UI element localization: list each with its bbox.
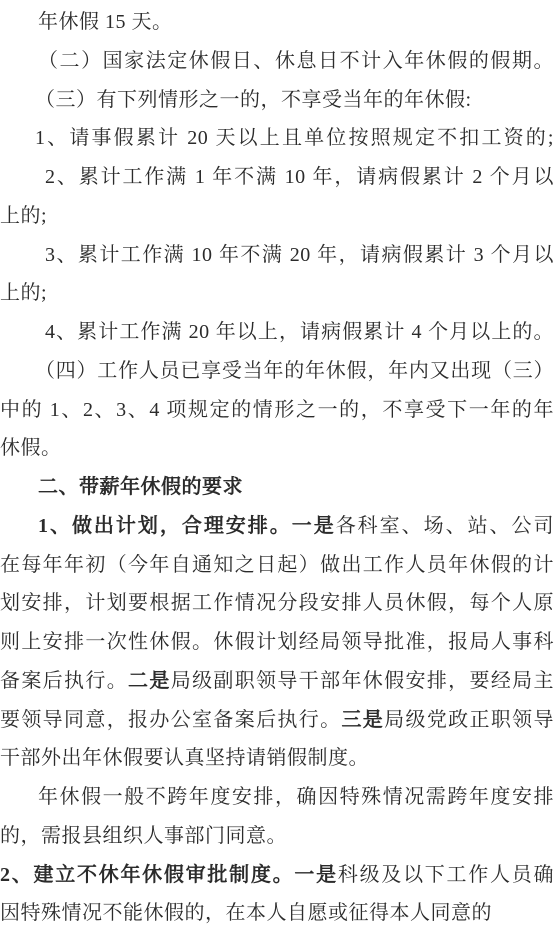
text-run: 局级党政正职领导 — [384, 709, 554, 731]
text-run: 中的 1、2、3、4 项规定的情形之一的，不享受下一年的年 — [0, 399, 554, 421]
text-line: 备案后执行。二是局级副职领导干部年休假安排，要经局主 — [0, 662, 554, 701]
text-line: （二）国家法定休假日、休息日不计入年休假的假期。 — [0, 42, 554, 81]
text-line: 上的; — [0, 274, 554, 313]
text-line: 年休假一般不跨年度安排，确因特殊情况需跨年度安排 — [0, 778, 554, 817]
text-run: 则上安排一次性休假。休假计划经局领导批准，报局人事科 — [0, 631, 554, 653]
text-run: 各科室、场、站、公司 — [336, 515, 554, 537]
text-run: 划安排，计划要根据工作情况分段安排人员休假，每个人原 — [0, 592, 554, 614]
text-run: 要领导同意，报办公室备案后执行。 — [0, 709, 341, 731]
text-line: 上的; — [0, 197, 554, 236]
text-line: 2、累计工作满 1 年不满 10 年，请病假累计 2 个月以 — [0, 158, 554, 197]
text-line: 2、建立不休年休假审批制度。一是科级及以下工作人员确 — [0, 856, 554, 895]
bold-text-run: 1、做出计划，合理安排。一是 — [38, 515, 336, 537]
text-line: 因特殊情况不能休假的，在本人自愿或征得本人同意的 — [0, 894, 554, 933]
text-line: 干部外出年休假要认真坚持请销假制度。 — [0, 739, 554, 778]
text-line: 年休假 15 天。 — [0, 3, 554, 42]
text-run: （二）国家法定休假日、休息日不计入年休假的假期。 — [38, 50, 554, 72]
text-line: （三）有下列情形之一的，不享受当年的年休假: — [0, 81, 554, 120]
bold-text-run: 二、带薪年休假的要求 — [38, 476, 243, 498]
text-line: 休假。 — [0, 429, 554, 468]
text-run: 4、累计工作满 20 年以上，请病假累计 4 个月以上的。 — [45, 321, 554, 343]
text-run: 2、累计工作满 1 年不满 10 年，请病假累计 2 个月以 — [45, 166, 554, 188]
bold-text-run: 二是 — [128, 670, 171, 692]
text-run: （三）有下列情形之一的，不享受当年的年休假: — [35, 89, 472, 111]
text-line: 1、请事假累计 20 天以上且单位按照规定不扣工资的; — [0, 119, 554, 158]
text-line: 1、做出计划，合理安排。一是各科室、场、站、公司 — [0, 507, 554, 546]
text-line: 的，需报县组织人事部门同意。 — [0, 817, 554, 856]
text-run: 备案后执行。 — [0, 670, 128, 692]
text-run: 在每年年初（今年自通知之日起）做出工作人员年休假的计 — [0, 554, 554, 576]
text-run: 1、请事假累计 20 天以上且单位按照规定不扣工资的; — [35, 127, 554, 149]
text-run: 局级副职领导干部年休假安排，要经局主 — [171, 670, 554, 692]
text-run: 休假。 — [0, 437, 62, 459]
document-body: 年休假 15 天。（二）国家法定休假日、休息日不计入年休假的假期。（三）有下列情… — [0, 3, 554, 933]
text-line: 3、累计工作满 10 年不满 20 年，请病假累计 3 个月以 — [0, 236, 554, 275]
text-line: （四）工作人员已享受当年的年休假，年内又出现（三） — [0, 352, 554, 391]
text-run: 年休假一般不跨年度安排，确因特殊情况需跨年度安排 — [38, 786, 554, 808]
text-line: 二、带薪年休假的要求 — [0, 468, 554, 507]
text-run: 上的; — [0, 205, 47, 227]
text-run: 的，需报县组织人事部门同意。 — [0, 825, 287, 847]
text-run: 3、累计工作满 10 年不满 20 年，请病假累计 3 个月以 — [45, 244, 554, 266]
document-page: 年休假 15 天。（二）国家法定休假日、休息日不计入年休假的假期。（三）有下列情… — [0, 0, 554, 934]
text-line: 要领导同意，报办公室备案后执行。三是局级党政正职领导 — [0, 701, 554, 740]
text-run: 上的; — [0, 282, 47, 304]
text-line: 划安排，计划要根据工作情况分段安排人员休假，每个人原 — [0, 584, 554, 623]
text-line: 则上安排一次性休假。休假计划经局领导批准，报局人事科 — [0, 623, 554, 662]
bold-text-run: 三是 — [341, 709, 384, 731]
text-line: 在每年年初（今年自通知之日起）做出工作人员年休假的计 — [0, 546, 554, 585]
text-run: 干部外出年休假要认真坚持请销假制度。 — [0, 747, 369, 769]
text-run: （四）工作人员已享受当年的年休假，年内又出现（三） — [35, 360, 554, 382]
text-run: 年休假 15 天。 — [38, 11, 173, 33]
bold-text-run: 2、建立不休年休假审批制度。一是 — [0, 864, 338, 886]
text-run: 因特殊情况不能休假的，在本人自愿或征得本人同意的 — [0, 902, 492, 924]
text-run: 科级及以下工作人员确 — [338, 864, 554, 886]
text-line: 中的 1、2、3、4 项规定的情形之一的，不享受下一年的年 — [0, 391, 554, 430]
text-line: 4、累计工作满 20 年以上，请病假累计 4 个月以上的。 — [0, 313, 554, 352]
